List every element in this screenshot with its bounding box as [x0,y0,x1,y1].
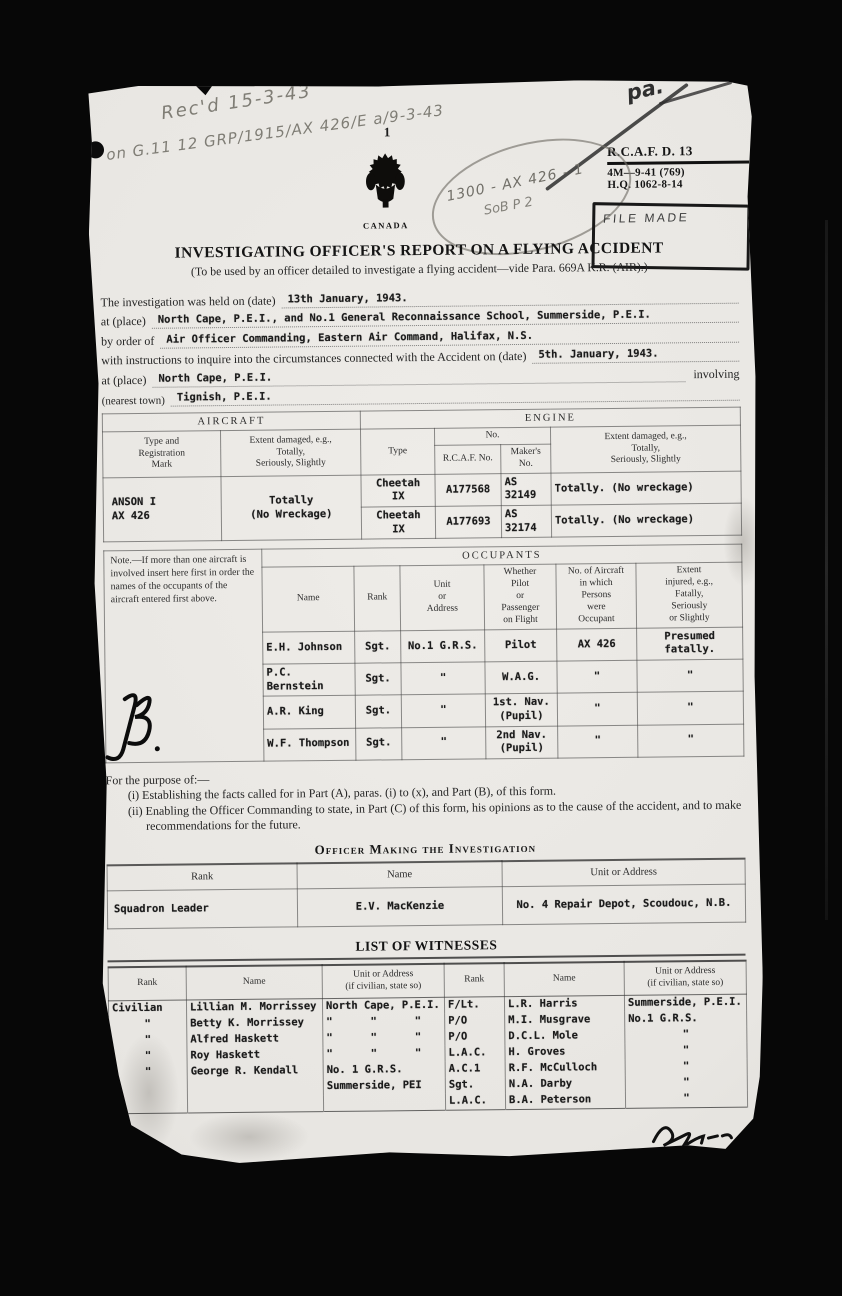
investigation-date-label: The investigation was held on (date) [101,293,282,310]
engine-no-header: No. [434,427,550,445]
paper-tear-notch [190,80,216,95]
purpose-section: For the purpose of:— (i) Establishing th… [106,767,745,835]
nearest-town-label: (nearest town) [102,395,171,408]
witness-name-cell: N.A. Darby [505,1076,625,1093]
crest-caption: CANADA [362,220,410,231]
witness-rank-cell: Sgt. [445,1077,505,1094]
file-made-stamp-text: FILE MADE [603,210,690,226]
engine-type-header: Type [360,428,434,474]
witness-unit-cell: No.1 G.R.S. [625,1011,747,1028]
witness-unit-cell: " " " [323,1046,445,1063]
witness-name-header: Name [504,962,624,997]
witness-name-cell: Betty K. Morrissey [187,1015,323,1032]
investigation-date-value: 13th January, 1943. [288,292,408,307]
occupant-role-cell: 2nd Nav. (Pupil) [486,726,558,759]
report-form: INVESTIGATING OFFICER'S REPORT ON A FLYI… [100,239,747,1115]
ink-speck [80,262,85,267]
engine-extent-cell: Totally. (No wreckage) [551,503,741,537]
occupant-injury-cell: " [638,724,744,757]
witness-rank-cell: P/O [445,1029,505,1046]
engine-rcaf-no-cell: A177568 [435,473,501,506]
witness-rank-cell [109,1080,187,1097]
witness-name-cell: Lillian M. Morrissey [186,998,322,1016]
witness-unit-cell: Summerside, P.E.I. [624,994,746,1012]
officer-section-heading: Officer Making the Investigation [106,838,744,861]
investigation-place-label: at (place) [101,314,152,330]
canada-crest: CANADA [361,152,410,230]
aircraft-extent-cell: Totally (No Wreckage) [221,475,362,541]
purpose-item-2: (ii) Enabling the Officer Commanding to … [106,797,744,834]
occupant-name-cell: A.R. King [263,696,355,729]
form-code: R.C.A.F. D. 13 [607,143,749,165]
witness-name-cell: Roy Haskett [187,1047,323,1064]
occupant-name-cell: E.H. Johnson [263,631,355,664]
occupant-aircraft-cell: " [558,725,638,758]
pencil-note-received-date: Rec'd 15-3-43 [160,81,313,124]
witnesses-table: Rank Name Unit or Address (if civilian, … [108,960,749,1114]
pencil-corner-note: pa. [624,74,666,106]
occupant-unit-cell: " [401,662,485,695]
occupant-aircraft-cell: " [557,693,637,726]
officer-name-cell: E.V. MacKenzie [297,886,502,927]
aircraft-type-reg-cell: ANSON I AX 426 [103,476,222,542]
officer-rank-cell: Squadron Leader [107,888,297,929]
signature-scribble [645,1114,765,1157]
witness-unit-cell: " [625,1043,747,1060]
occupant-aircraft-cell: " [557,660,637,693]
occupant-rank-cell: Sgt. [355,695,401,728]
engine-maker-no-cell: AS 32149 [501,473,551,506]
occupant-rank-cell: Sgt. [356,727,402,760]
officer-unit-header: Unit or Address [502,859,745,886]
witness-rank-cell: " [109,1048,187,1065]
witness-unit-cell: " " " [323,1014,445,1031]
engine-extent-header: Extent damaged, e.g., Totally, Seriously… [550,425,740,473]
page-number: 1 [384,124,391,140]
order-authority-label: by order of [101,333,160,349]
occupant-injury-cell: " [637,692,743,725]
engine-type-cell: Cheetah IX [361,474,435,507]
coat-of-arms-icon [362,152,409,214]
witness-name-cell: D.C.L. Mole [505,1028,625,1045]
occupant-rank-cell: Sgt. [355,663,401,696]
witness-name-header: Name [186,965,322,1000]
handwritten-initials-mark [95,681,181,767]
witness-rank-header: Rank [108,967,186,1001]
aircraft-extent-header: Extent damaged, e.g., Totally, Seriously… [220,429,360,476]
witness-rank-cell: Civilian [108,1000,186,1017]
witness-unit-header: Unit or Address (if civilian, state so) [322,964,444,999]
aircraft-engine-table: AIRCRAFT ENGINE Type and Registration Ma… [102,407,742,543]
occupant-name-cell: W.F. Thompson [264,728,356,761]
scanned-document-background: Rec'd 15-3-43 on G.11 12 GRP/1915/AX 426… [0,0,842,1296]
witness-unit-cell: Summerside, PEI [323,1078,445,1095]
occupant-name-header: Name [262,567,355,632]
occupant-unit-header: Unit or Address [400,565,485,630]
engine-maker-no-cell: AS 32174 [501,505,551,538]
officer-name-header: Name [297,862,502,889]
witness-rank-cell: " [109,1032,187,1049]
makers-no-header: Maker's No. [501,444,551,473]
witness-rank-cell: L.A.C. [445,1045,505,1062]
occupant-unit-cell: " [402,727,486,760]
witness-unit-cell: " [625,1027,747,1044]
occupant-role-cell: Pilot [485,629,557,662]
witness-unit-cell [323,1094,445,1112]
witness-unit-cell: No. 1 G.R.S. [323,1062,445,1079]
witness-unit-cell: " " " [323,1030,445,1047]
witness-rank-cell: " [109,1016,187,1033]
witness-unit-cell: " [625,1075,747,1092]
witness-name-cell: Alfred Haskett [187,1031,323,1048]
engine-type-cell: Cheetah IX [361,506,435,539]
occupant-injury-cell: " [637,659,743,692]
occupant-role-cell: W.A.G. [485,661,557,694]
witness-name-cell: M.I. Musgrave [505,1012,625,1029]
type-registration-header: Type and Registration Mark [102,431,220,478]
witness-rank-cell: L.A.C. [445,1093,505,1110]
accident-place-value: North Cape, P.E.I. [158,371,272,386]
occupant-aircraft-header: No. of Aircraft in which Persons were Oc… [556,564,637,629]
occupant-rank-header: Rank [354,566,401,631]
nearest-town-value: Tignish, P.E.I. [177,391,272,406]
scanner-edge-streak [825,220,828,920]
occupant-role-header: Whether Pilot or Passenger on Flight [484,565,557,630]
witness-unit-cell: North Cape, P.E.I. [322,997,444,1015]
pencil-strikethrough-stroke [660,83,730,104]
witnesses-section-heading: LIST OF WITNESSES [107,935,745,963]
occupant-aircraft-cell: AX 426 [557,628,637,661]
occupant-rank-cell: Sgt. [355,631,401,664]
witness-rank-cell: " [109,1064,187,1081]
hole-punch-mark [87,141,104,158]
document-page: Rec'd 15-3-43 on G.11 12 GRP/1915/AX 426… [78,76,767,1167]
officer-table: Rank Name Unit or Address Squadron Leade… [107,858,747,929]
witness-name-cell [187,1079,323,1096]
witness-name-cell: George R. Kendall [187,1063,323,1080]
witness-rank-cell: A.C.1 [445,1061,505,1078]
witness-rank-cell: P/O [445,1013,505,1030]
accident-place-label: at (place) [101,372,152,388]
occupant-unit-cell: " [401,694,485,727]
witness-unit-header: Unit or Address (if civilian, state so) [624,961,746,996]
occupant-role-cell: 1st. Nav. (Pupil) [485,693,557,726]
involving-label: involving [685,366,739,382]
witness-name-cell: R.F. McCulloch [505,1060,625,1077]
officer-rank-header: Rank [107,864,297,891]
occupant-unit-cell: No.1 G.R.S. [401,630,485,663]
witness-name-cell [187,1095,323,1113]
occupant-injury-header: Extent injured, e.g., Fatally, Seriously… [636,563,743,628]
order-authority-value: Air Officer Commanding, Eastern Air Comm… [166,330,533,347]
witness-name-cell: L.R. Harris [504,995,624,1013]
smudge-mark [189,1111,310,1162]
occupant-name-cell: P.C. Bernstein [263,663,355,696]
witness-name-cell: B.A. Peterson [505,1092,625,1110]
witness-rank-cell [109,1096,187,1113]
engine-rcaf-no-cell: A177693 [435,506,501,539]
occupants-table: Note.—If more than one aircraft is invol… [103,544,744,763]
rcaf-no-header: R.C.A.F. No. [435,445,501,474]
witness-unit-cell: " [625,1059,747,1076]
engine-extent-cell: Totally. (No wreckage) [551,471,741,505]
ink-speck [82,233,89,242]
witness-name-cell: H. Groves [505,1044,625,1061]
accident-date-value: 5th. January, 1943. [538,348,658,363]
witness-rank-header: Rank [444,963,504,997]
witness-rank-cell: F/Lt. [444,997,504,1014]
witness-unit-cell: " [625,1091,747,1109]
occupant-injury-cell: Presumed fatally. [637,627,743,660]
officer-unit-cell: No. 4 Repair Depot, Scoudouc, N.B. [502,884,745,925]
